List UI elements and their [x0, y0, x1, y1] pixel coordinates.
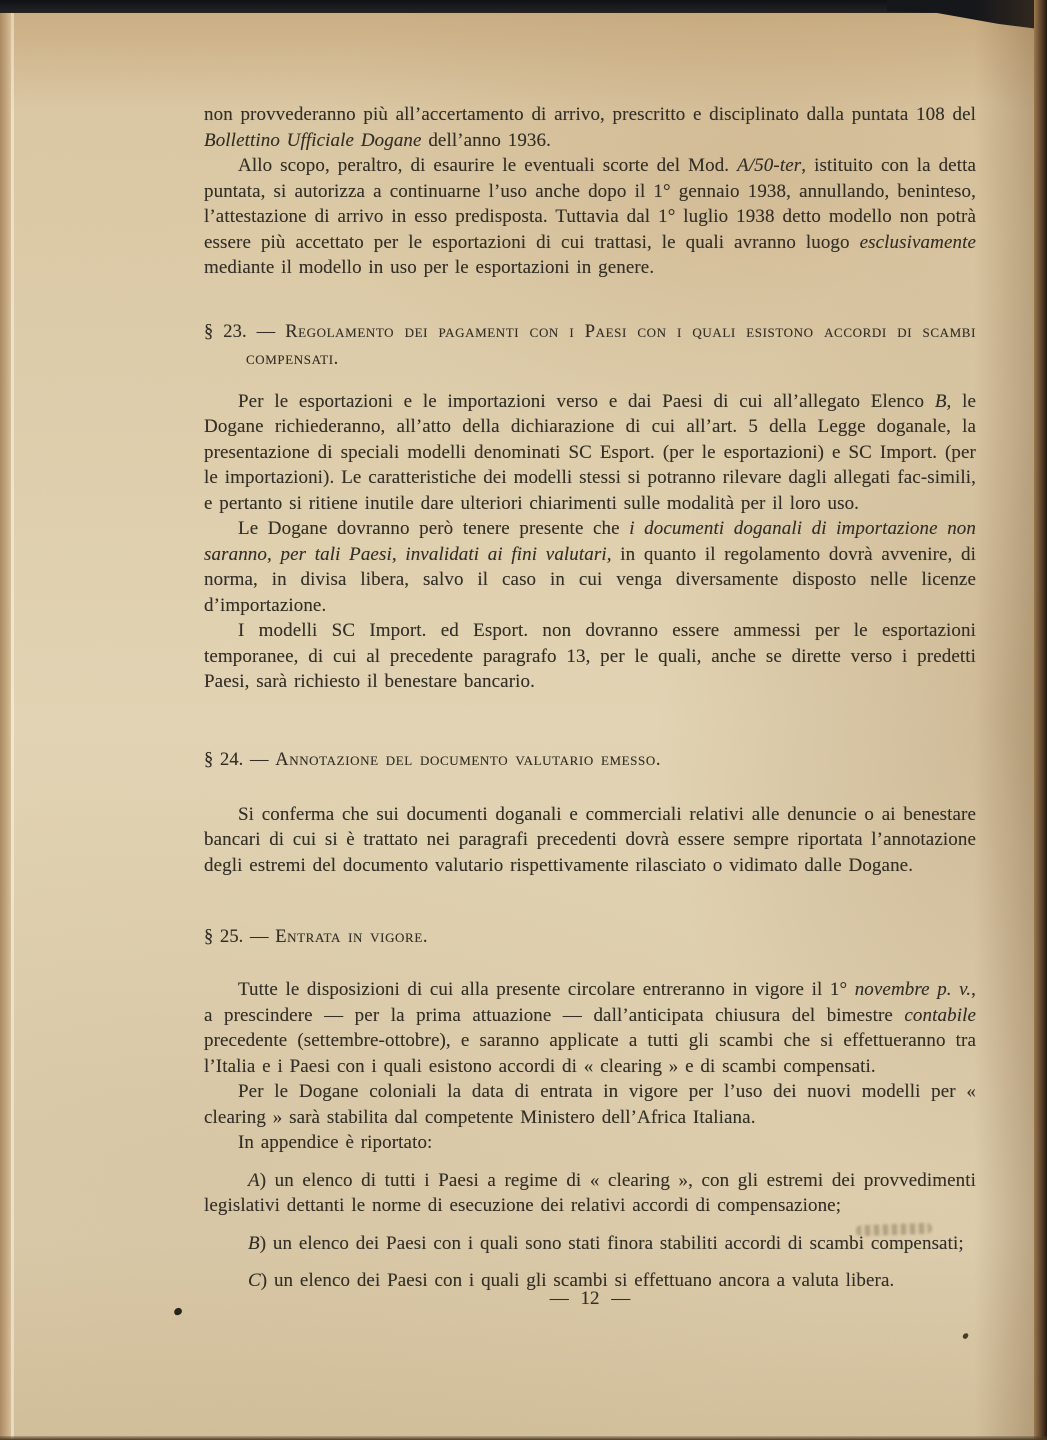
paragraph-continuation: non provvederanno più all’accertamento d… [204, 102, 976, 153]
section-number: § 23. — [204, 322, 285, 342]
text-run: I modelli SC Import. ed Esport. non dovr… [204, 620, 976, 692]
section-heading-23: § 23. — Regolamento dei pagamenti con i … [204, 319, 976, 373]
text-run: Le Dogane dovranno però tenere presente … [238, 518, 629, 539]
section-number: § 25. — [204, 927, 275, 947]
scanned-document-page: { "page": { "footer_page_number": "— 12 … [0, 0, 1047, 1440]
text-run: Per le esportazioni e le importazioni ve… [238, 391, 935, 412]
item-letter: B [248, 1233, 260, 1254]
text-run: non provvederanno più all’accertamento d… [204, 104, 976, 125]
paragraph: Le Dogane dovranno però tenere presente … [204, 516, 976, 618]
italic-run: Bollettino Ufficiale Dogane [204, 130, 422, 151]
page-left-edge [0, 13, 11, 1440]
section-heading-25: § 25. — Entrata in vigore. [204, 924, 976, 951]
item-letter: A [248, 1170, 260, 1191]
paragraph: I modelli SC Import. ed Esport. non dovr… [204, 618, 976, 695]
italic-run: A/50-ter [737, 155, 801, 176]
paragraph: Per le esportazioni e le importazioni ve… [204, 389, 976, 517]
text-run: Per le Dogane coloniali la data di entra… [204, 1081, 976, 1128]
page-curvature-shadow [974, 0, 1034, 1440]
italic-run: B [935, 391, 947, 412]
text-run: Tutte le disposizioni di cui alla presen… [238, 979, 855, 1000]
text-run: In appendice è riportato: [238, 1132, 432, 1153]
page-left-edge-highlight [11, 13, 14, 1440]
italic-run: contabile [904, 1005, 976, 1026]
italic-run: novembre p. v. [855, 979, 971, 1000]
page-number: — 12 — [204, 1288, 976, 1310]
paragraph: Tutte le disposizioni di cui alla presen… [204, 977, 976, 1079]
italic-run: esclusivamente [860, 232, 976, 253]
text-run: precedente (settembre-ottobre), e sarann… [204, 1030, 976, 1077]
book-spine-edge [1034, 0, 1047, 1440]
section-heading-24: § 24. — Annotazione del documento valuta… [204, 747, 976, 774]
paragraph: Allo scopo, peraltro, di esaurire le eve… [204, 153, 976, 281]
text-run: mediante il modello in uso per le esport… [204, 257, 654, 278]
section-number: § 24. — [204, 750, 275, 770]
appendix-item-a: A) un elenco di tutti i Paesi a regime d… [204, 1168, 976, 1219]
paragraph: Si conferma che sui documenti doganali e… [204, 802, 976, 879]
section-title: Regolamento dei pagamenti con i Paesi co… [246, 322, 976, 369]
section-title: Annotazione del documento valutario emes… [275, 750, 661, 770]
page-text-block: non provvederanno più all’accertamento d… [204, 102, 976, 1294]
text-run: dell’anno 1936. [422, 130, 551, 151]
text-run: Si conferma che sui documenti doganali e… [204, 804, 976, 876]
paragraph: In appendice è riportato: [204, 1130, 976, 1156]
text-run: Allo scopo, peraltro, di esaurire le eve… [238, 155, 737, 176]
section-title: Entrata in vigore. [275, 927, 428, 947]
scan-bottom-border [0, 1436, 1047, 1440]
text-run: ) un elenco di tutti i Paesi a regime di… [204, 1170, 976, 1217]
paragraph: Per le Dogane coloniali la data di entra… [204, 1079, 976, 1130]
